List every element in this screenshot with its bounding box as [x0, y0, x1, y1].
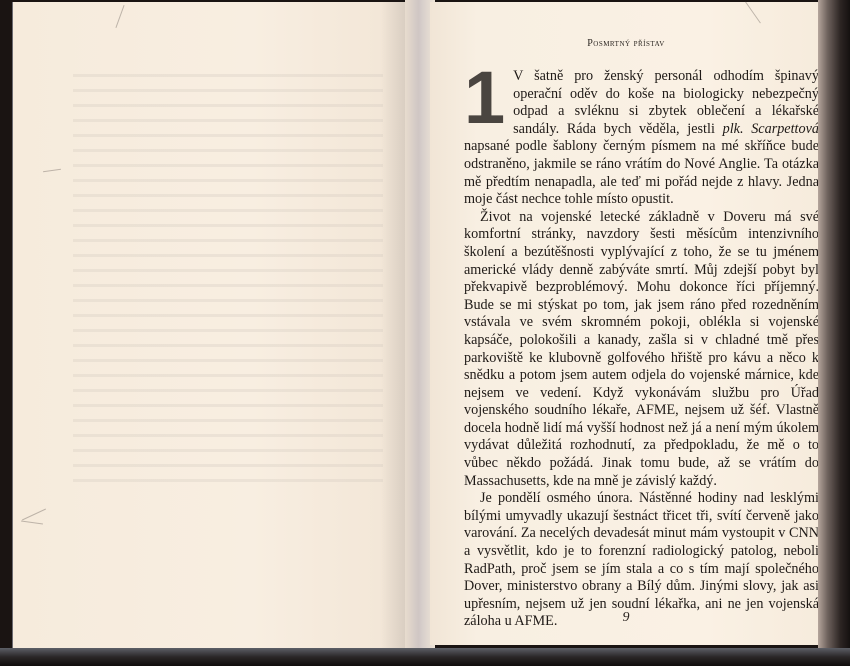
pencil-mark — [22, 509, 46, 521]
pencil-mark — [115, 5, 124, 28]
paragraph-1-italic: plk. Scarpettová — [723, 121, 819, 137]
left-page — [12, 2, 411, 652]
paragraph-1-text-b: napsané podle šablony černým písmem na m… — [464, 138, 819, 207]
pencil-mark — [43, 169, 61, 172]
pencil-mark — [745, 2, 761, 24]
left-page-showthrough — [73, 62, 383, 482]
book-spread: Posmrtný přístav 1V šatně pro ženský per… — [0, 0, 850, 666]
right-page: Posmrtný přístav 1V šatně pro ženský per… — [430, 2, 822, 645]
bottom-book-edge — [0, 648, 850, 666]
chapter-drop-cap: 1 — [464, 70, 503, 126]
body-text: 1V šatně pro ženský personál odhodím špi… — [464, 68, 819, 631]
right-book-edge — [818, 0, 850, 666]
running-head: Posmrtný přístav — [430, 38, 822, 49]
pencil-mark — [21, 520, 43, 524]
paragraph-2: Život na vojenské letecké základně v Dov… — [464, 209, 819, 491]
page-number: 9 — [430, 610, 822, 626]
paragraph-1: 1V šatně pro ženský personál odhodím špi… — [464, 68, 819, 209]
